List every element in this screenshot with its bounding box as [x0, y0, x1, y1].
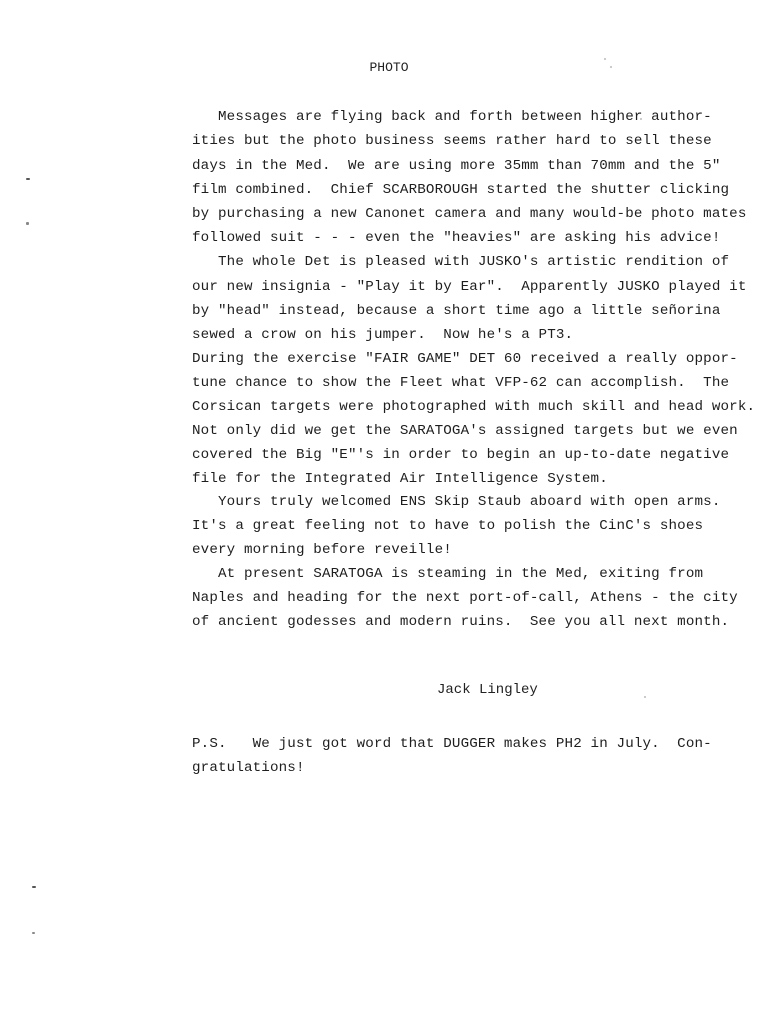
body-line: file for the Integrated Air Intelligence…: [192, 470, 608, 488]
body-line: At present SARATOGA is steaming in the M…: [192, 565, 703, 583]
body-line: Corsican targets were photographed with …: [192, 398, 755, 416]
postscript-line: P.S. We just got word that DUGGER makes …: [192, 735, 712, 753]
scan-mark: [26, 222, 29, 225]
document-page: PHOTO Messages are flying back and forth…: [0, 0, 778, 1024]
body-line: tune chance to show the Fleet what VFP-6…: [192, 374, 729, 392]
body-line: It's a great feeling not to have to poli…: [192, 517, 703, 535]
body-line: The whole Det is pleased with JUSKO's ar…: [192, 253, 729, 271]
body-line: During the exercise "FAIR GAME" DET 60 r…: [192, 350, 738, 368]
body-line: Messages are flying back and forth betwe…: [192, 108, 712, 126]
scan-mark: [32, 886, 36, 888]
body-line: sewed a crow on his jumper. Now he's a P…: [192, 326, 573, 344]
body-line: days in the Med. We are using more 35mm …: [192, 157, 721, 175]
page-title: PHOTO: [0, 60, 778, 75]
body-line: film combined. Chief SCARBOROUGH started…: [192, 181, 729, 199]
body-line: Not only did we get the SARATOGA's assig…: [192, 422, 738, 440]
body-line: Yours truly welcomed ENS Skip Staub aboa…: [192, 493, 721, 511]
scan-speck: [610, 66, 612, 68]
body-line: every morning before reveille!: [192, 541, 452, 559]
scan-speck: [640, 118, 642, 120]
body-line: followed suit - - - even the "heavies" a…: [192, 229, 721, 247]
scan-mark: [26, 178, 30, 180]
scan-speck: [644, 696, 646, 698]
scan-speck: [604, 58, 606, 60]
body-line: our new insignia - "Play it by Ear". App…: [192, 278, 747, 296]
body-line: ities but the photo business seems rathe…: [192, 132, 712, 150]
scan-mark: [32, 932, 35, 934]
signature: Jack Lingley: [437, 682, 538, 698]
body-line: Naples and heading for the next port-of-…: [192, 589, 738, 607]
body-line: of ancient godesses and modern ruins. Se…: [192, 613, 729, 631]
body-line: by "head" instead, because a short time …: [192, 302, 721, 320]
body-line: covered the Big "E"'s in order to begin …: [192, 446, 729, 464]
body-line: by purchasing a new Canonet camera and m…: [192, 205, 747, 223]
postscript-line: gratulations!: [192, 759, 305, 777]
